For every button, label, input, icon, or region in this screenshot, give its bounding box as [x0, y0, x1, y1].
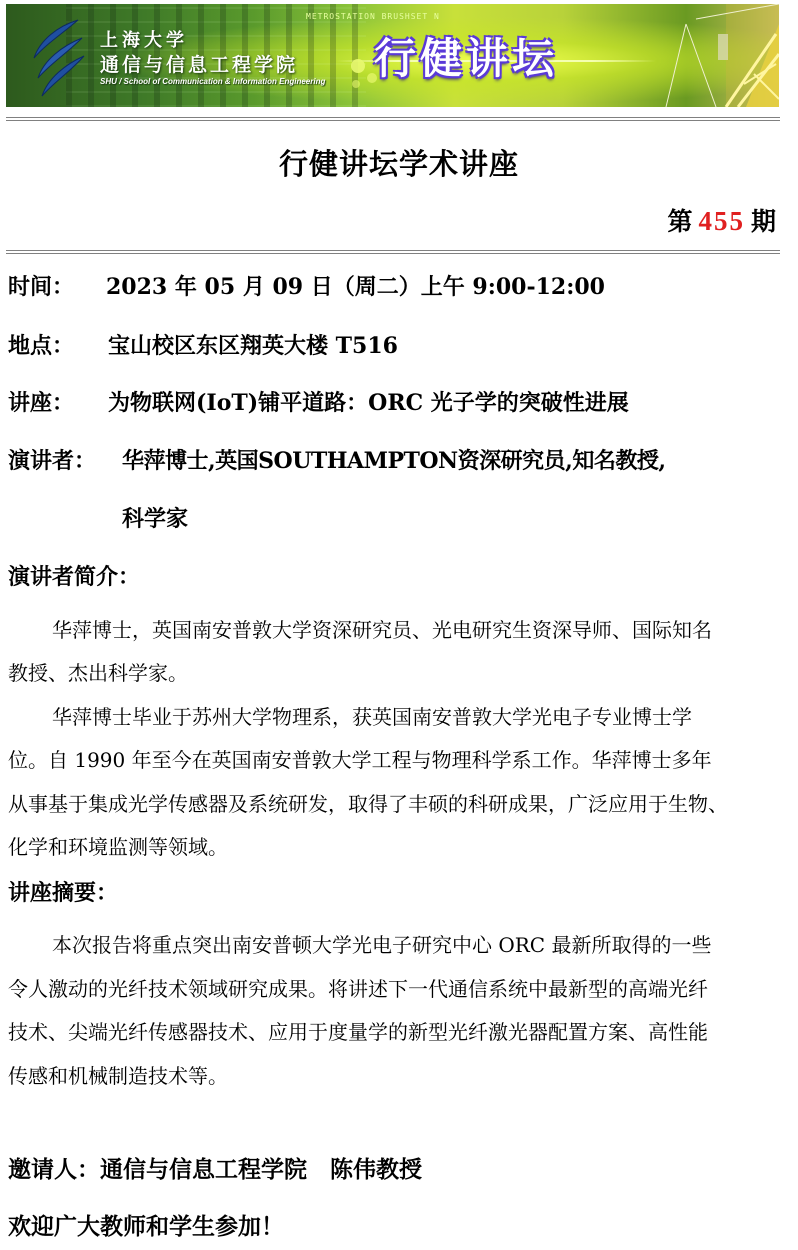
forum-title: 行健讲坛 — [374, 26, 558, 86]
page-title: 行健讲坛学术讲座 — [0, 142, 798, 183]
abstract-line1: 本次报告将重点突出南安普顿大学光电子研究中心 ORC 最新所取得的一些 — [52, 929, 711, 958]
bio-p2-line1: 华萍博士毕业于苏州大学物理系，获英国南安普敦大学光电子专业博士学 — [52, 701, 692, 730]
location-value: 宝山校区东区翔英大楼 T516 — [108, 329, 398, 360]
lecture-field: 讲座： 为物联网(IoT)铺平道路：ORC 光子学的突破性进展 — [8, 386, 74, 417]
welcome-line: 欢迎广大教师和学生参加！ — [8, 1208, 284, 1241]
abstract-heading: 讲座摘要： — [8, 876, 118, 907]
school-name-en: SHU / School of Communication & Informat… — [100, 77, 325, 86]
speaker-value-line2: 科学家 — [122, 502, 188, 533]
top-double-rule — [6, 117, 780, 121]
speaker-field: 演讲者： 华萍博士,英国SOUTHAMPTON资深研究员,知名教授, — [8, 444, 96, 475]
header-double-rule — [6, 250, 780, 254]
issue-suffix: 期 — [751, 207, 776, 236]
issue-prefix: 第 — [667, 207, 692, 236]
school-name-cn-line2: 通信与信息工程学院 — [100, 50, 298, 77]
speaker-label: 演讲者： — [8, 444, 96, 475]
school-name-cn-line1: 上海大学 — [100, 26, 188, 52]
lecture-label: 讲座： — [8, 386, 74, 417]
time-value: 2023 年 05 月 09 日（周二）上午 9:00-12:00 — [106, 270, 605, 301]
abstract-line3: 技术、尖端光纤传感器技术、应用于度量学的新型光纤激光器配置方案、高性能 — [8, 1016, 708, 1045]
lecture-title: 为物联网(IoT)铺平道路：ORC 光子学的突破性进展 — [108, 386, 629, 417]
location-label: 地点： — [8, 329, 74, 360]
time-field: 时间： 2023 年 05 月 09 日（周二）上午 9:00-12:00 — [8, 270, 74, 301]
issue-number-label: 第455期 — [667, 202, 776, 238]
abstract-line2: 令人激动的光纤技术领域研究成果。将讲述下一代通信系统中最新型的高端光纤 — [8, 973, 708, 1002]
location-field: 地点： 宝山校区东区翔英大楼 T516 — [8, 329, 74, 360]
bio-p1-line2: 教授、杰出科学家。 — [8, 657, 188, 686]
bio-p2-line4: 化学和环境监测等领域。 — [8, 831, 228, 860]
bio-p1-line1: 华萍博士，英国南安普敦大学资深研究员、光电研究生资深导师、国际知名 — [52, 614, 712, 643]
antenna-tower-icon — [626, 4, 779, 107]
time-label: 时间： — [8, 270, 74, 301]
shu-logo-icon — [28, 18, 88, 98]
inviter-line: 邀请人：通信与信息工程学院 陈伟教授 — [8, 1151, 422, 1184]
header-banner: 上海大学 通信与信息工程学院 SHU / School of Communica… — [6, 4, 779, 107]
issue-number: 455 — [698, 206, 745, 236]
bio-p2-line2: 位。自 1990 年至今在英国南安普敦大学工程与物理科学系工作。华萍博士多年 — [8, 744, 712, 773]
banner-tagline: METROSTATION BRUSHSET N — [306, 12, 440, 21]
abstract-line4: 传感和机械制造技术等。 — [8, 1060, 228, 1089]
speaker-value-line1: 华萍博士,英国SOUTHAMPTON资深研究员,知名教授, — [122, 444, 665, 475]
speaker-bio-heading: 演讲者简介： — [8, 560, 140, 591]
bio-p2-line3: 从事基于集成光学传感器及系统研发，取得了丰硕的科研成果，广泛应用于生物、 — [8, 788, 728, 817]
